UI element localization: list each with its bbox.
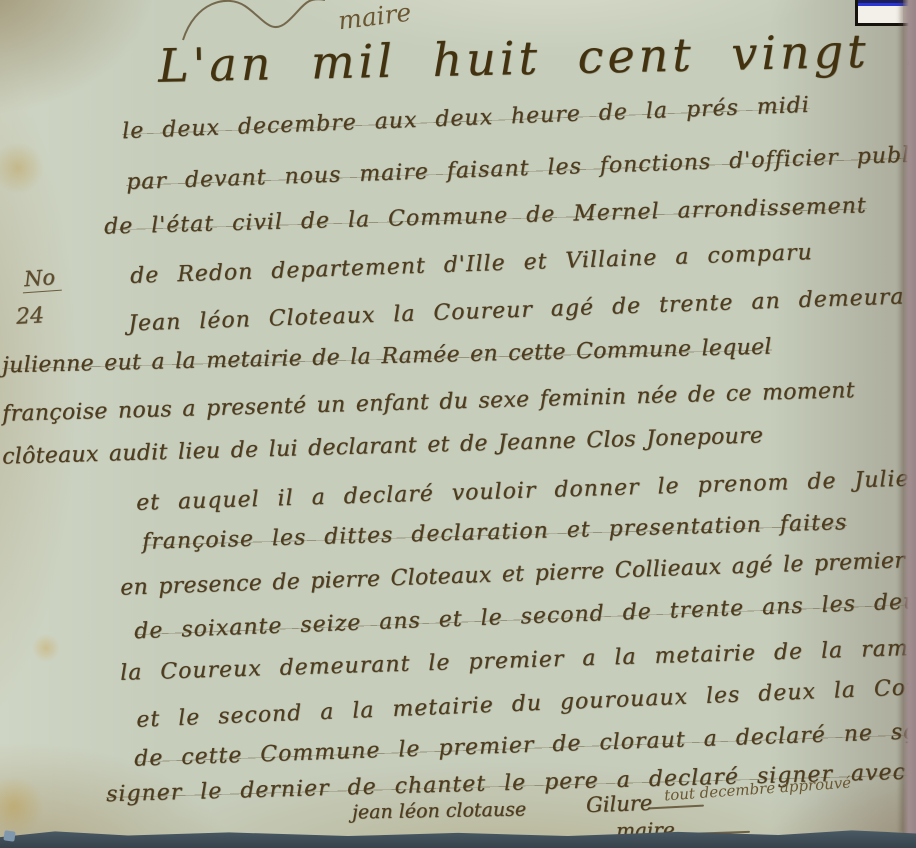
manuscript-line: françoise les dittes declaration et pres…: [142, 510, 848, 555]
manuscript-line: clôteaux audit lieu de lui declarant et …: [2, 423, 764, 469]
signature-mayor: Gilure: [586, 791, 653, 817]
manuscript-line: de Redon departement d'Ille et Villaine …: [130, 240, 813, 289]
manuscript-line: et auquel il a declaré vouloir donner le…: [136, 465, 916, 516]
manuscript-line: la Coureux demeurant le premier a la met…: [120, 635, 916, 686]
previous-record-fragment: maire: [337, 0, 413, 35]
manuscript-line: le deux decembre aux deux heure de la pr…: [122, 93, 810, 144]
table-surface-band: [0, 822, 916, 848]
manuscript-line: julienne eut a la metairie de la Ramée e…: [2, 335, 772, 379]
margin-record-label: No: [21, 265, 62, 294]
margin-record-number: 24: [15, 303, 44, 329]
manuscript-line: par devant nous maire faisant les foncti…: [126, 142, 916, 195]
signature-father: jean léon clotause: [352, 798, 526, 823]
document-scan: maire No 24 L'an mil huit cent vingt Six…: [0, 0, 916, 848]
signature-underline: [648, 805, 704, 810]
manuscript-line: de soixante seize ans et le second de tr…: [134, 589, 916, 645]
manuscript-line: de l'état civil de la Commune de Mernel …: [104, 193, 867, 239]
manuscript-line: en presence de pierre Cloteaux et pierre…: [120, 548, 906, 600]
page-edge-chip: [3, 830, 15, 841]
page-edge-right: [903, 0, 916, 834]
manuscript-line: Jean léon Cloteaux la Coureur agé de tre…: [128, 284, 905, 336]
manuscript-line: françoise nous a presenté un enfant du s…: [2, 378, 855, 427]
